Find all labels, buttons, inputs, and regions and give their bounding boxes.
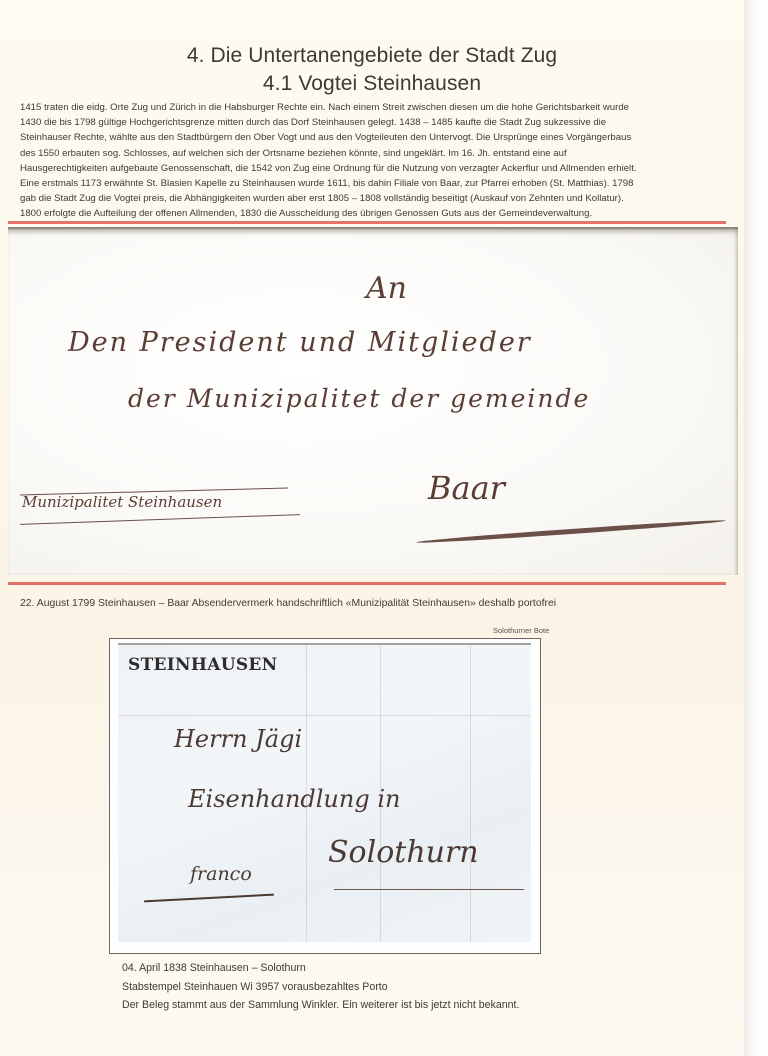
intro-line: 1415 traten die eidg. Orte Zug und Züric… [20,100,720,115]
handwriting-destination-solothurn: Solothurn [328,835,479,870]
cover-image-1838: STEINHAUSEN Herrn Jägi Eisenhandlung in … [118,643,531,942]
cover-image-1799: An Den President und Mitglieder der Muni… [8,227,738,575]
intro-line: Steinhauser Rechte, wählte aus den Stadt… [20,130,720,145]
franco-underline [144,894,274,902]
intro-line: 1430 die bis 1798 gültige Hochgerichtsgr… [20,115,720,130]
fold-line [470,645,471,942]
cover-caption-1799: 22. August 1799 Steinhausen – Baar Absen… [20,598,556,609]
handwriting-franco: franco [190,863,252,885]
handwriting-address-line2: der Munizipalitet der gemeinde [128,384,590,413]
handwriting-sender-note: Munizipalitet Steinhausen [22,493,222,511]
intro-text: 1415 traten die eidg. Orte Zug und Züric… [20,100,720,222]
cover-caption-1838-stamp: Stabstempel Steinhauen Wi 3957 vorausbez… [122,981,388,993]
handwriting-address-line1: Den President und Mitglieder [68,327,532,358]
handwriting-recipient: Herrn Jägi [174,725,302,753]
intro-line: des 1550 erbauten sog. Schlosses, auf we… [20,146,720,161]
handwriting-destination-baar: Baar [428,469,505,507]
intro-line: Hausgerechtigkeiten aufgebaute Genossens… [20,161,720,176]
cover-caption-1838-provenance: Der Beleg stammt aus der Sammlung Winkle… [122,999,519,1011]
solothurn-underline [334,889,524,890]
divider-rule-middle [8,582,726,585]
sender-underline-2 [20,514,300,525]
handwriting-an: An [366,271,407,306]
cover-frame-1838: STEINHAUSEN Herrn Jägi Eisenhandlung in … [109,638,541,954]
page-title: 4. Die Untertanengebiete der Stadt Zug [0,44,744,68]
page-edge [744,0,768,1056]
handwriting-business: Eisenhandlung in [188,785,400,813]
intro-line: Eine erstmals 1173 erwähnte St. Blasien … [20,176,720,191]
source-label: Solothurner Bote [493,626,549,635]
flourish-underline [416,518,726,545]
postmark-steinhausen: STEINHAUSEN [128,655,278,675]
intro-line: 1800 erfolgte die Aufteilung der offenen… [20,206,720,221]
page-subtitle: 4.1 Vogtei Steinhausen [0,72,744,96]
intro-line: gab die Stadt Zug die Vogtei preis, die … [20,191,720,206]
cover-caption-1838-date: 04. April 1838 Steinhausen – Solothurn [122,962,306,974]
divider-rule-top [8,221,726,224]
album-page: 4. Die Untertanengebiete der Stadt Zug 4… [0,0,744,1056]
